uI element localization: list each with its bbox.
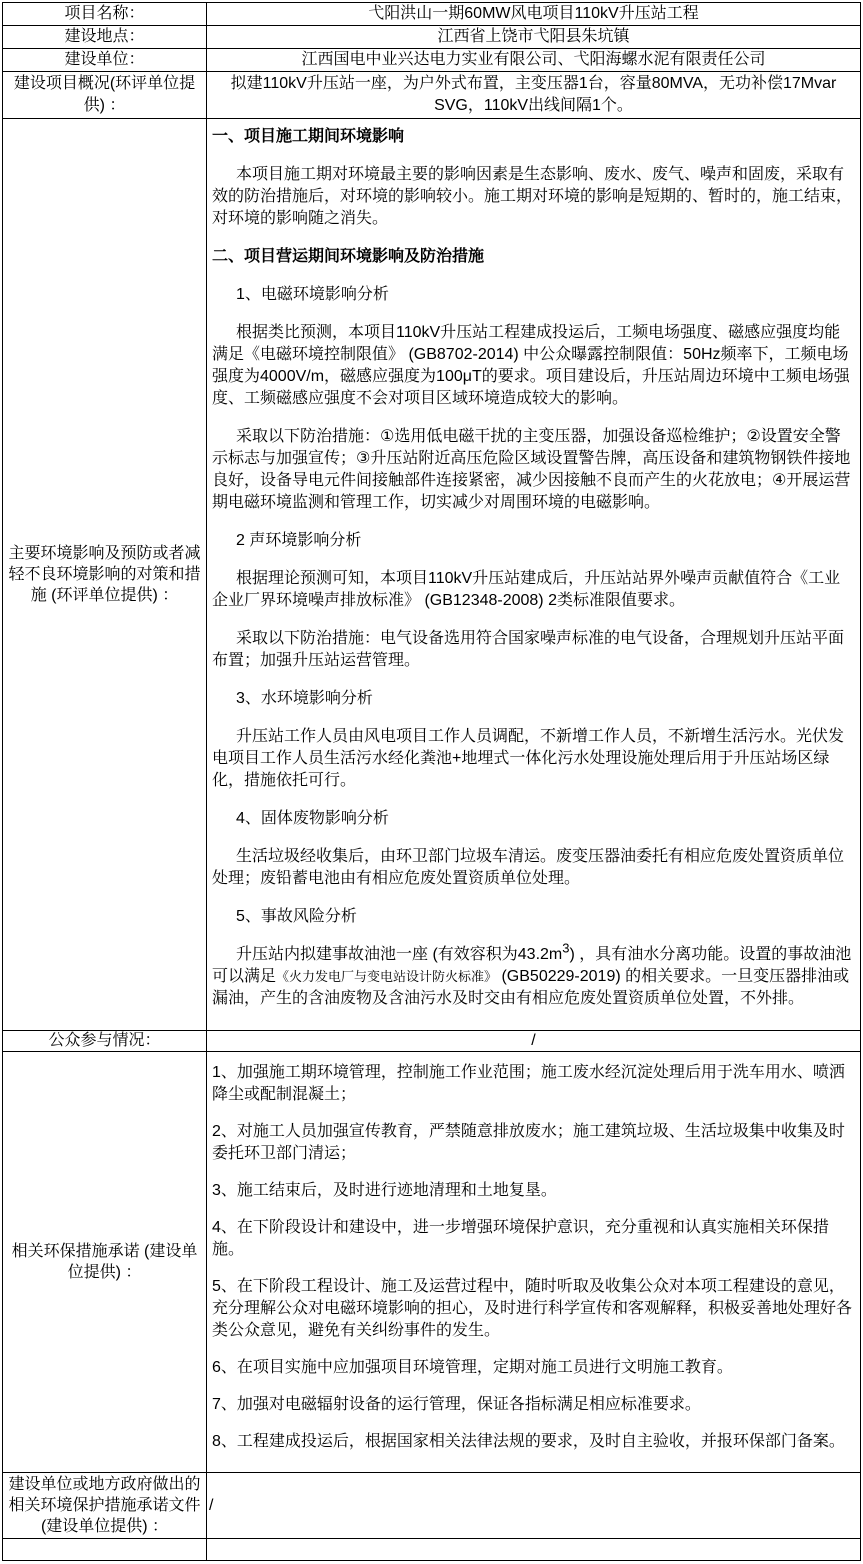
section-heading: 二、项目营运期间环境影响及防治措施 [212, 246, 852, 268]
location-label: 建设地点： [3, 26, 207, 49]
commitment-docs-label: 建设单位或地方政府做出的相关环境保护措施承诺文件 (建设单位提供) ： [3, 1473, 207, 1539]
overview-value: 拟建110kV升压站一座，为户外式布置，主变压器1台，容量80MVA，无功补偿1… [207, 72, 861, 119]
commitment-item: 8、工程建成投运后，根据国家相关法律法规的要求，及时自主验收，并报环保部门备案。 [212, 1431, 852, 1453]
row-commitment-docs: 建设单位或地方政府做出的相关环境保护措施承诺文件 (建设单位提供) ： / [3, 1473, 861, 1539]
row-builder: 建设单位： 江西国电中业兴达电力实业有限公司、弋阳海螺水泥有限责任公司 [3, 49, 861, 72]
row-impact: 主要环境影响及预防或者减轻不良环境影响的对策和措施 (环评单位提供) ： 一、项… [3, 119, 861, 1031]
section-heading: 一、项目施工期间环境影响 [212, 126, 852, 148]
location-value: 江西省上饶市弋阳县朱坑镇 [207, 26, 861, 49]
commitment-item: 4、在下阶段设计和建设中，进一步增强环境保护意识，充分重视和认真实施相关环保措施… [212, 1217, 852, 1261]
builder-label: 建设单位： [3, 49, 207, 72]
commitment-item: 3、施工结束后，及时进行迹地清理和土地复垦。 [212, 1180, 852, 1202]
commitments-label: 相关环保措施承诺 (建设单位提供) ： [3, 1052, 207, 1473]
row-empty [3, 1539, 861, 1561]
commitment-item: 6、在项目实施中应加强项目环境管理，定期对施工员进行文明施工教育。 [212, 1357, 852, 1379]
row-public-participation: 公众参与情况： / [3, 1031, 861, 1052]
commitment-item: 1、加强施工期环境管理，控制施工作业范围；施工废水经沉淀处理后用于洗车用水、喷洒… [212, 1062, 852, 1106]
paragraph: 升压站工作人员由风电项目工作人员调配，不新增工作人员，不新增生活污水。光伏发电项… [212, 726, 852, 792]
row-project-name: 项目名称： 弋阳洪山一期60MW风电项目110kV升压站工程 [3, 3, 861, 26]
sub-heading: 3、水环境影响分析 [212, 688, 852, 710]
commitment-docs-value: / [207, 1473, 861, 1539]
sub-heading: 1、电磁环境影响分析 [212, 284, 852, 306]
public-participation-value: / [207, 1031, 861, 1052]
impact-label: 主要环境影响及预防或者减轻不良环境影响的对策和措施 (环评单位提供) ： [3, 119, 207, 1031]
impact-content: 一、项目施工期间环境影响本项目施工期对环境最主要的影响因素是生态影响、废水、废气… [207, 119, 861, 1031]
project-name-value: 弋阳洪山一期60MW风电项目110kV升压站工程 [207, 3, 861, 26]
row-overview: 建设项目概况(环评单位提供) ： 拟建110kV升压站一座，为户外式布置，主变压… [3, 72, 861, 119]
paragraph: 根据类比预测，本项目110kV升压站工程建成投运后，工频电场强度、磁感应强度均能… [212, 322, 852, 410]
paragraph: 生活垃圾经收集后，由环卫部门垃圾车清运。废变压器油委托有相应危废处置资质单位处理… [212, 846, 852, 890]
paragraph: 升压站内拟建事故油池一座 (有效容积为43.2m3) ，具有油水分离功能。设置的… [212, 944, 852, 1010]
sub-heading: 4、固体废物影响分析 [212, 808, 852, 830]
small-standard-name-text: 《火力发电厂与变电站设计防火标准》 [276, 969, 497, 984]
paragraph: 采取以下防治措施：①选用低电磁干扰的主变压器，加强设备巡检维护；②设置安全警示标… [212, 426, 852, 514]
commitments-content: 1、加强施工期环境管理，控制施工作业范围；施工废水经沉淀处理后用于洗车用水、喷洒… [207, 1052, 861, 1473]
row-location: 建设地点： 江西省上饶市弋阳县朱坑镇 [3, 26, 861, 49]
commitment-item: 7、加强对电磁辐射设备的运行管理，保证各指标满足相应标准要求。 [212, 1394, 852, 1416]
public-participation-label: 公众参与情况： [3, 1031, 207, 1052]
row-commitments: 相关环保措施承诺 (建设单位提供) ： 1、加强施工期环境管理，控制施工作业范围… [3, 1052, 861, 1473]
commitment-item: 5、在下阶段工程设计、施工及运营过程中，随时听取及收集公众对本项工程建设的意见，… [212, 1276, 852, 1342]
overview-label: 建设项目概况(环评单位提供) ： [3, 72, 207, 119]
empty-label-cell [3, 1539, 207, 1561]
paragraph: 本项目施工期对环境最主要的影响因素是生态影响、废水、废气、噪声和固废，采取有效的… [212, 164, 852, 230]
commitment-item: 2、对施工人员加强宣传教育，严禁随意排放废水；施工建筑垃圾、生活垃圾集中收集及时… [212, 1121, 852, 1165]
project-name-label: 项目名称： [3, 3, 207, 26]
eia-publicity-table: 项目名称： 弋阳洪山一期60MW风电项目110kV升压站工程 建设地点： 江西省… [2, 2, 861, 1561]
sub-heading: 2 声环境影响分析 [212, 530, 852, 552]
paragraph: 采取以下防治措施：电气设备选用符合国家噪声标准的电气设备，合理规划升压站平面布置… [212, 628, 852, 672]
paragraph: 根据理论预测可知，本项目110kV升压站建成后，升压站站界外噪声贡献值符合《工业… [212, 568, 852, 612]
builder-value: 江西国电中业兴达电力实业有限公司、弋阳海螺水泥有限责任公司 [207, 49, 861, 72]
sub-heading: 5、事故风险分析 [212, 906, 852, 928]
empty-value-cell [207, 1539, 861, 1561]
paragraph-text: 升压站内拟建事故油池一座 (有效容积为43.2m [236, 946, 562, 963]
